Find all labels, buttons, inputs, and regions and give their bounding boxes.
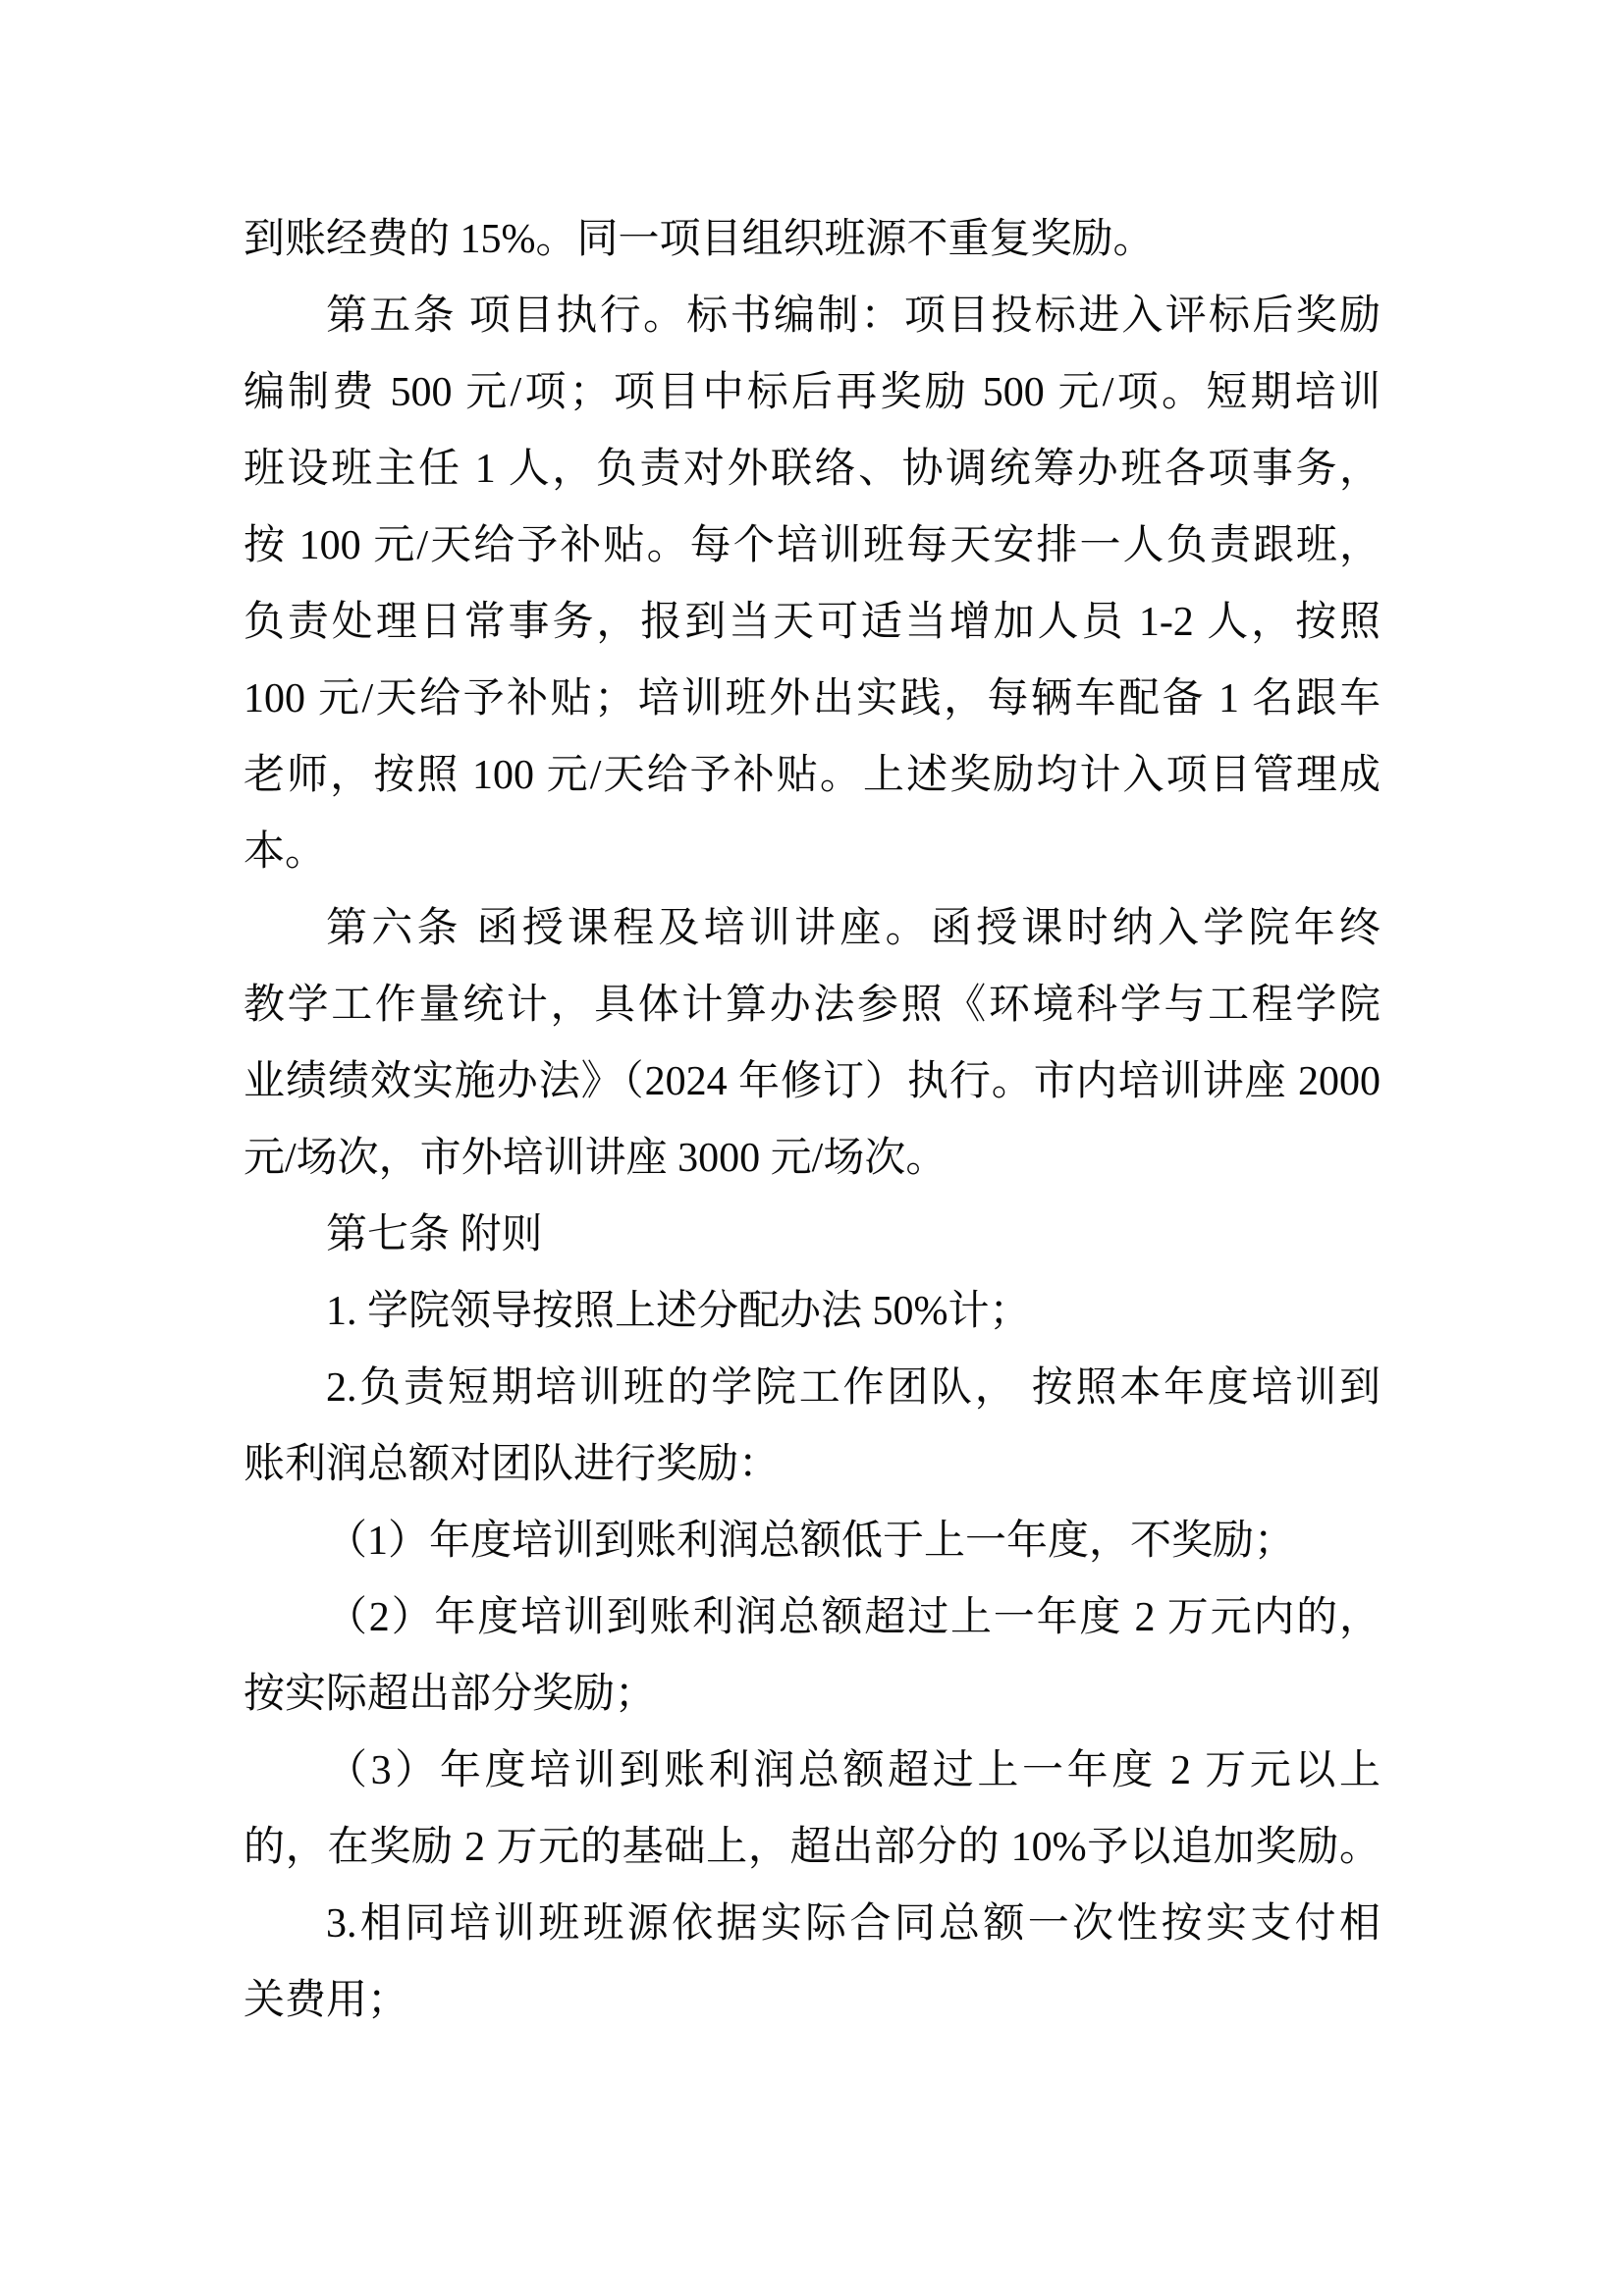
text-line: 业绩绩效实施办法》（2024 年修订）执行。市内培训讲座 2000 [244, 1043, 1380, 1120]
text-line: （2）年度培训到账利润总额超过上一年度 2 万元内的， [244, 1579, 1380, 1656]
paragraph: （1）年度培训到账利润总额低于上一年度，不奖励； [244, 1503, 1380, 1579]
text-line: 1. 学院领导按照上述分配办法 50%计； [244, 1273, 1380, 1350]
paragraph: 2.负责短期培训班的学院工作团队， 按照本年度培训到账利润总额对团队进行奖励： [244, 1350, 1380, 1503]
paragraph: 第七条 附则 [244, 1197, 1380, 1273]
text-line: 2.负责短期培训班的学院工作团队， 按照本年度培训到 [244, 1350, 1380, 1426]
text-line: 第六条 函授课程及培训讲座。函授课时纳入学院年终 [244, 890, 1380, 967]
text-line: 第七条 附则 [244, 1197, 1380, 1273]
text-line: （3）年度培训到账利润总额超过上一年度 2 万元以上 [244, 1733, 1380, 1809]
paragraph: （2）年度培训到账利润总额超过上一年度 2 万元内的，按实际超出部分奖励； [244, 1579, 1380, 1733]
paragraph: 第六条 函授课程及培训讲座。函授课时纳入学院年终教学工作量统计，具体计算办法参照… [244, 890, 1380, 1197]
text-line: 编制费 500 元/项；项目中标后再奖励 500 元/项。短期培训 [244, 354, 1380, 431]
document-text-block: 到账经费的 15%。同一项目组织班源不重复奖励。第五条 项目执行。标书编制：项目… [244, 201, 1380, 2039]
text-line: 账利润总额对团队进行奖励： [244, 1426, 1380, 1503]
paragraph: 1. 学院领导按照上述分配办法 50%计； [244, 1273, 1380, 1350]
text-line: 到账经费的 15%。同一项目组织班源不重复奖励。 [244, 201, 1380, 278]
text-line: 班设班主任 1 人，负责对外联络、协调统筹办班各项事务， [244, 431, 1380, 507]
text-line: 的，在奖励 2 万元的基础上，超出部分的 10%予以追加奖励。 [244, 1809, 1380, 1886]
paragraph: 3.相同培训班班源依据实际合同总额一次性按实支付相关费用； [244, 1886, 1380, 2039]
text-line: 按实际超出部分奖励； [244, 1656, 1380, 1733]
text-line: 按 100 元/天给予补贴。每个培训班每天安排一人负责跟班， [244, 507, 1380, 584]
paragraph: 到账经费的 15%。同一项目组织班源不重复奖励。 [244, 201, 1380, 278]
text-line: 本。 [244, 814, 1380, 890]
text-line: 第五条 项目执行。标书编制：项目投标进入评标后奖励 [244, 278, 1380, 354]
text-line: 3.相同培训班班源依据实际合同总额一次性按实支付相 [244, 1886, 1380, 1962]
text-line: 老师，按照 100 元/天给予补贴。上述奖励均计入项目管理成 [244, 737, 1380, 814]
paragraph: （3）年度培训到账利润总额超过上一年度 2 万元以上的，在奖励 2 万元的基础上… [244, 1733, 1380, 1886]
text-line: 100 元/天给予补贴；培训班外出实践，每辆车配备 1 名跟车 [244, 661, 1380, 737]
text-line: 元/场次，市外培训讲座 3000 元/场次。 [244, 1120, 1380, 1197]
document-page: 到账经费的 15%。同一项目组织班源不重复奖励。第五条 项目执行。标书编制：项目… [0, 0, 1624, 2296]
paragraph: 第五条 项目执行。标书编制：项目投标进入评标后奖励编制费 500 元/项；项目中… [244, 278, 1380, 890]
text-line: 关费用； [244, 1962, 1380, 2039]
text-line: 负责处理日常事务，报到当天可适当增加人员 1-2 人，按照 [244, 584, 1380, 661]
text-line: （1）年度培训到账利润总额低于上一年度，不奖励； [244, 1503, 1380, 1579]
text-line: 教学工作量统计，具体计算办法参照《环境科学与工程学院 [244, 967, 1380, 1043]
